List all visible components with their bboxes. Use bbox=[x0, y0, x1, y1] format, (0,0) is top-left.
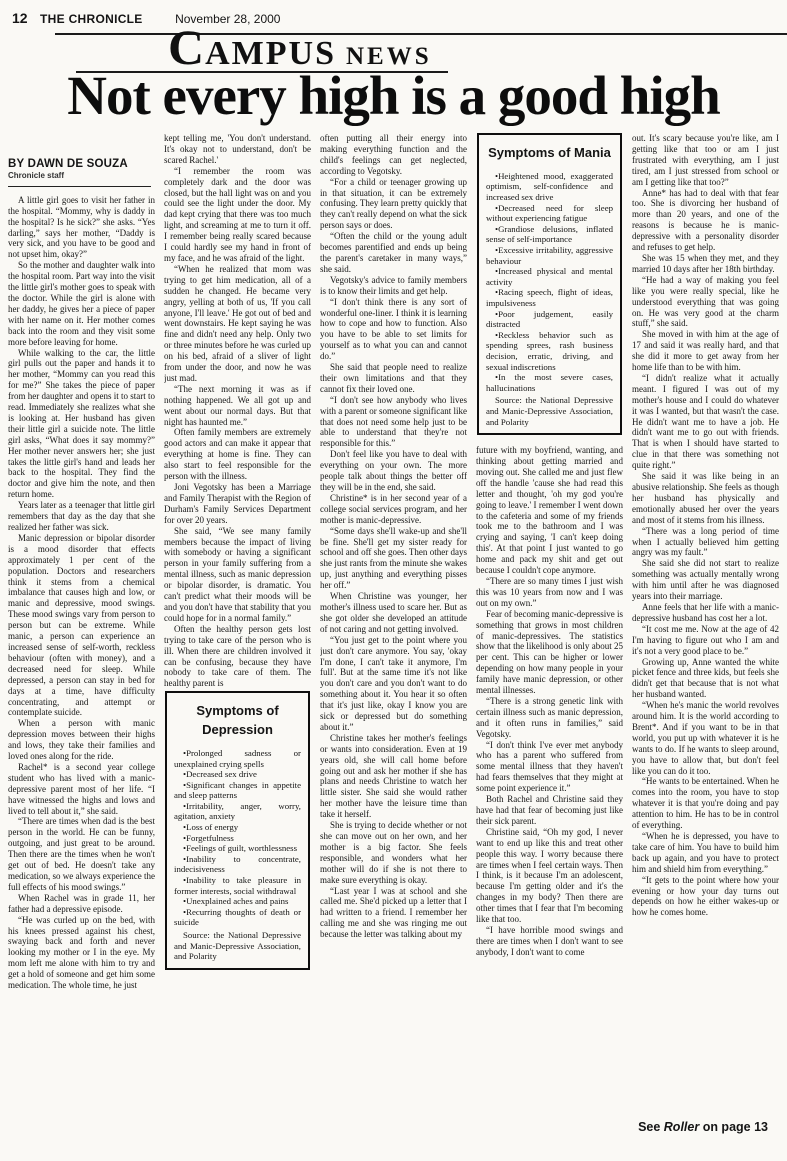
symptom-item: •Grandiose delusions, inflated sense of … bbox=[486, 224, 613, 245]
mania-box-source: Source: the National Depressive and Mani… bbox=[486, 395, 613, 427]
column-3-text: often putting all their energy into maki… bbox=[320, 133, 467, 940]
paragraph: “The next morning it was as if nothing h… bbox=[164, 384, 311, 428]
paragraph: future with my boyfriend, wanting, and t… bbox=[476, 445, 623, 576]
paragraph: She was 15 when they met, and they marri… bbox=[632, 253, 779, 275]
paragraph: “It cost me me. Now at the age of 42 I'm… bbox=[632, 624, 779, 657]
article-headline: Not every high is a good high bbox=[6, 68, 781, 123]
symptom-item: •Increased physical and mental activity bbox=[486, 266, 613, 287]
paragraph: “Some days she'll wake-up and she'll be … bbox=[320, 526, 467, 591]
paragraph: Often family members are extremely good … bbox=[164, 427, 311, 482]
page-number: 12 bbox=[12, 10, 28, 26]
symptom-item: •Forgetfulness bbox=[174, 833, 301, 844]
paragraph: “I remember the room was completely dark… bbox=[164, 166, 311, 264]
paragraph: “He was curled up on the bed, with his k… bbox=[8, 915, 155, 991]
symptom-item: •Prolonged sadness or unexplained crying… bbox=[174, 748, 301, 769]
paragraph: So the mother and daughter walk into the… bbox=[8, 260, 155, 347]
symptom-item: •Excessive irritability, aggressive beha… bbox=[486, 245, 613, 266]
mania-box-title: Symptoms of Mania bbox=[486, 144, 613, 163]
symptom-item: •Loss of energy bbox=[174, 822, 301, 833]
depression-box-source: Source: the National Depressive and Mani… bbox=[174, 930, 301, 962]
paragraph: Joni Vegotsky has been a Marriage and Fa… bbox=[164, 482, 311, 526]
column-2-text: kept telling me, 'You don't understand. … bbox=[164, 133, 311, 689]
symptom-item: •Poor judgement, easily distracted bbox=[486, 309, 613, 330]
continuation-prefix: See bbox=[638, 1120, 664, 1134]
paragraph: Years later as a teenager that little gi… bbox=[8, 500, 155, 533]
paper-name: THE CHRONICLE bbox=[40, 12, 143, 26]
paragraph: “There are so many times I just wish thi… bbox=[476, 576, 623, 609]
column-4-text: future with my boyfriend, wanting, and t… bbox=[476, 445, 623, 958]
continuation-notice: See Roller on page 13 bbox=[635, 1119, 771, 1135]
paragraph: Both Rachel and Christine said they have… bbox=[476, 794, 623, 827]
paragraph: “There are times when dad is the best pe… bbox=[8, 816, 155, 892]
paragraph: “For a child or teenager growing up in t… bbox=[320, 177, 467, 232]
paragraph: “I don't see how anybody who lives with … bbox=[320, 395, 467, 450]
continuation-story-name: Roller bbox=[664, 1120, 699, 1134]
paragraph: “When he realized that mom was trying to… bbox=[164, 264, 311, 384]
paragraph: Vegotsky's advice to family members is t… bbox=[320, 275, 467, 297]
column-3: often putting all their energy into maki… bbox=[320, 133, 467, 1161]
symptom-item: •Irritability, anger, worry, agitation, … bbox=[174, 801, 301, 822]
paragraph: “He had a way of making you feel like yo… bbox=[632, 275, 779, 330]
paragraph: “It gets to the point where how your eve… bbox=[632, 875, 779, 919]
paragraph: Fear of becoming manic-depressive is som… bbox=[476, 609, 623, 696]
paragraph: Don't feel like you have to deal with ev… bbox=[320, 449, 467, 493]
symptom-item: •Recurring thoughts of death or suicide bbox=[174, 907, 301, 928]
paragraph: “I don't think there is any sort of wond… bbox=[320, 297, 467, 362]
symptom-item: •Decreased sex drive bbox=[174, 769, 301, 780]
paragraph: Manic depression or bipolar disorder is … bbox=[8, 533, 155, 718]
column-4: Symptoms of Mania •Heightened mood, exag… bbox=[476, 133, 623, 1161]
paragraph: Anne* has had to deal with that fear too… bbox=[632, 188, 779, 253]
paragraph: She said, “We see many family members be… bbox=[164, 526, 311, 624]
symptom-item: •Inability to concentrate, indecisivenes… bbox=[174, 854, 301, 875]
symptom-item: •Inability to take pleasure in former in… bbox=[174, 875, 301, 896]
paragraph: Often the healthy person gets lost tryin… bbox=[164, 624, 311, 689]
depression-box-title: Symptoms of Depression bbox=[190, 702, 285, 740]
paragraph: often putting all their energy into maki… bbox=[320, 133, 467, 177]
byline-author: BY DAWN DE SOUZA bbox=[8, 159, 151, 170]
paragraph: When Christine was younger, her mother's… bbox=[320, 591, 467, 635]
column-2: kept telling me, 'You don't understand. … bbox=[164, 133, 311, 1161]
paragraph: “When he is depressed, you have to take … bbox=[632, 831, 779, 875]
paragraph: She said she did not start to realize so… bbox=[632, 558, 779, 602]
paragraph: She said it was like being in an abusive… bbox=[632, 471, 779, 526]
symptom-item: •Feelings of guilt, worthlessness bbox=[174, 843, 301, 854]
paragraph: While walking to the car, the little gir… bbox=[8, 348, 155, 501]
paragraph: “Often the child or the young adult beco… bbox=[320, 231, 467, 275]
paragraph: “When he's manic the world revolves arou… bbox=[632, 700, 779, 776]
paragraph: “I didn't realize what it actually meant… bbox=[632, 373, 779, 471]
newspaper-page: 12 THE CHRONICLE November 28, 2000 CAMPU… bbox=[0, 0, 787, 1161]
paragraph: “There was a long period of time when I … bbox=[632, 526, 779, 559]
paragraph: “Last year I was at school and she calle… bbox=[320, 886, 467, 941]
paragraph: Christine* is in her second year of a co… bbox=[320, 493, 467, 526]
symptom-item: •Significant changes in appetite and sle… bbox=[174, 780, 301, 801]
byline-block: BY DAWN DE SOUZA Chronicle staff bbox=[8, 159, 151, 187]
paragraph: Christine takes her mother's feelings or… bbox=[320, 733, 467, 820]
symptoms-of-depression-box: Symptoms of Depression •Prolonged sadnes… bbox=[165, 691, 310, 970]
column-5-text: out. It's scary because you're like, am … bbox=[632, 133, 779, 918]
paragraph: Growing up, Anne wanted the white picket… bbox=[632, 657, 779, 701]
symptom-item: •Heightened mood, exaggerated optimism, … bbox=[486, 171, 613, 203]
paragraph: She moved in with him at the age of 17 a… bbox=[632, 329, 779, 373]
continuation-suffix: on page 13 bbox=[699, 1120, 768, 1134]
paragraph: Christine said, “Oh my god, I never want… bbox=[476, 827, 623, 925]
paragraph: She is trying to decide whether or not s… bbox=[320, 820, 467, 885]
paragraph: Rachel* is a second year college student… bbox=[8, 762, 155, 817]
symptom-item: •Racing speech, flight of ideas, impulsi… bbox=[486, 287, 613, 308]
paragraph: She said that people need to realize the… bbox=[320, 362, 467, 395]
symptom-item: •Decreased need for sleep without experi… bbox=[486, 203, 613, 224]
paragraph: “There is a strong genetic link with cer… bbox=[476, 696, 623, 740]
column-1: BY DAWN DE SOUZA Chronicle staff A littl… bbox=[8, 133, 155, 1161]
paragraph: out. It's scary because you're like, am … bbox=[632, 133, 779, 188]
paragraph: kept telling me, 'You don't understand. … bbox=[164, 133, 311, 166]
paragraph: “I have horrible mood swings and there a… bbox=[476, 925, 623, 958]
depression-box-items: •Prolonged sadness or unexplained crying… bbox=[174, 748, 301, 928]
article-body: BY DAWN DE SOUZA Chronicle staff A littl… bbox=[8, 133, 779, 1161]
paragraph: “He wants to be entertained. When he com… bbox=[632, 776, 779, 831]
mania-box-items: •Heightened mood, exaggerated optimism, … bbox=[486, 171, 613, 393]
paragraph: “I don't think I've ever met anybody who… bbox=[476, 740, 623, 795]
paragraph: When Rachel was in grade 11, her father … bbox=[8, 893, 155, 915]
symptom-item: •Unexplained aches and pains bbox=[174, 896, 301, 907]
symptom-item: •In the most severe cases, hallucination… bbox=[486, 372, 613, 393]
symptoms-of-mania-box: Symptoms of Mania •Heightened mood, exag… bbox=[477, 133, 622, 435]
paragraph: “You just get to the point where you jus… bbox=[320, 635, 467, 733]
symptom-item: •Reckless behavior such as spending spre… bbox=[486, 330, 613, 372]
column-1-text: A little girl goes to visit her father i… bbox=[8, 195, 155, 991]
byline-role: Chronicle staff bbox=[8, 171, 151, 182]
paragraph: A little girl goes to visit her father i… bbox=[8, 195, 155, 260]
column-5: out. It's scary because you're like, am … bbox=[632, 133, 779, 1161]
paragraph: Anne feels that her life with a manic-de… bbox=[632, 602, 779, 624]
paragraph: When a person with manic depression move… bbox=[8, 718, 155, 762]
